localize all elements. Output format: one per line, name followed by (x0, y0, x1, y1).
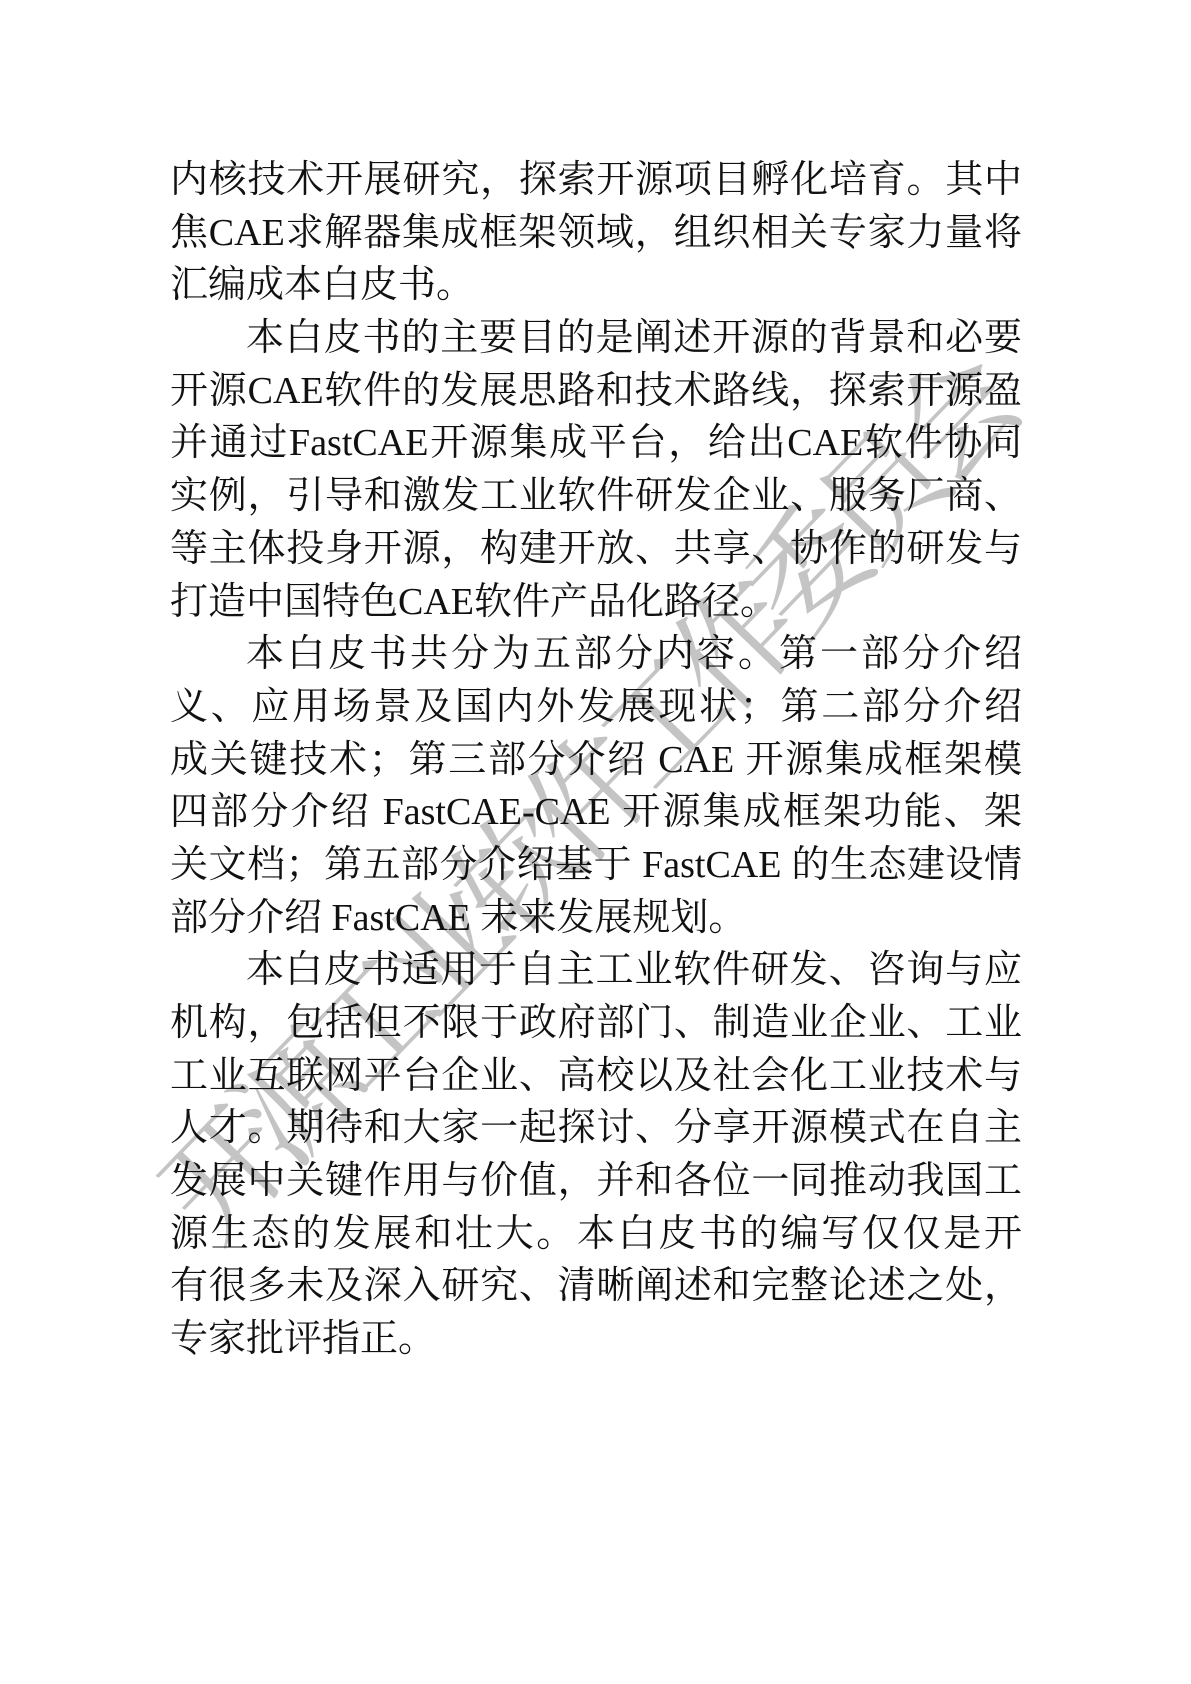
text-line: 机构，包括但不限于政府部门、制造业企业、工业软件企业、 (170, 997, 1022, 1050)
text-line: 专家批评指正。 (170, 1313, 1022, 1366)
body-text-block: 内核技术开展研究，探索开源项目孵化培育。其中SIG7组聚 焦CAE求解器集成框架… (170, 154, 1022, 1366)
document-page: 开源工业软件工作委员会 内核技术开展研究，探索开源项目孵化培育。其中SIG7组聚… (0, 0, 1191, 1684)
text-line: 四部分介绍 FastCAE-CAE 开源集成框架功能、架构设计及相 (170, 786, 1022, 839)
text-line: 本白皮书适用于自主工业软件研发、咨询与应用的组织 (170, 944, 1022, 997)
text-line: 本白皮书的主要目的是阐述开源的背景和必要性，给出 (170, 312, 1022, 365)
text-line: 并通过FastCAE开源集成平台，给出CAE软件协同研发的具体 (170, 417, 1022, 470)
text-line: 有很多未及深入研究、清晰阐述和完整论述之处，恳请各位 (170, 1260, 1022, 1313)
text-line: 等主体投身开源，构建开放、共享、协作的研发与应用生态， (170, 523, 1022, 576)
text-line: 内核技术开展研究，探索开源项目孵化培育。其中SIG7组聚 (170, 154, 1022, 207)
text-line: 汇编成本白皮书。 (170, 259, 1022, 312)
text-line: 实例，引导和激发工业软件研发企业、服务厂商、用户企业 (170, 470, 1022, 523)
text-line: 关文档；第五部分介绍基于 FastCAE 的生态建设情况；第六 (170, 839, 1022, 892)
text-line: 源生态的发展和壮大。本白皮书的编写仅仅是开始，其中还 (170, 1208, 1022, 1261)
text-line: 工业互联网平台企业、高校以及社会化工业技术与 IT 技术 (170, 1050, 1022, 1103)
text-line: 人才。期待和大家一起探讨、分享开源模式在自主工业软件 (170, 1102, 1022, 1155)
text-line: 成关键技术；第三部分介绍 CAE 开源集成框架模式思考；第 (170, 734, 1022, 787)
text-line: 打造中国特色CAE软件产品化路径。 (170, 576, 1022, 629)
text-line: 焦CAE求解器集成框架领域，组织相关专家力量将研究成果 (170, 207, 1022, 260)
text-line: 发展中关键作用与价值，并和各位一同推动我国工业软件开 (170, 1155, 1022, 1208)
text-line: 开源CAE软件的发展思路和技术路线，探索开源盈利模式， (170, 365, 1022, 418)
text-line: 本白皮书共分为五部分内容。第一部分介绍 CAE 软件定 (170, 628, 1022, 681)
text-line: 义、应用场景及国内外发展现状；第二部分介绍 CAE 软件集 (170, 681, 1022, 734)
text-line: 部分介绍 FastCAE 未来发展规划。 (170, 892, 1022, 945)
